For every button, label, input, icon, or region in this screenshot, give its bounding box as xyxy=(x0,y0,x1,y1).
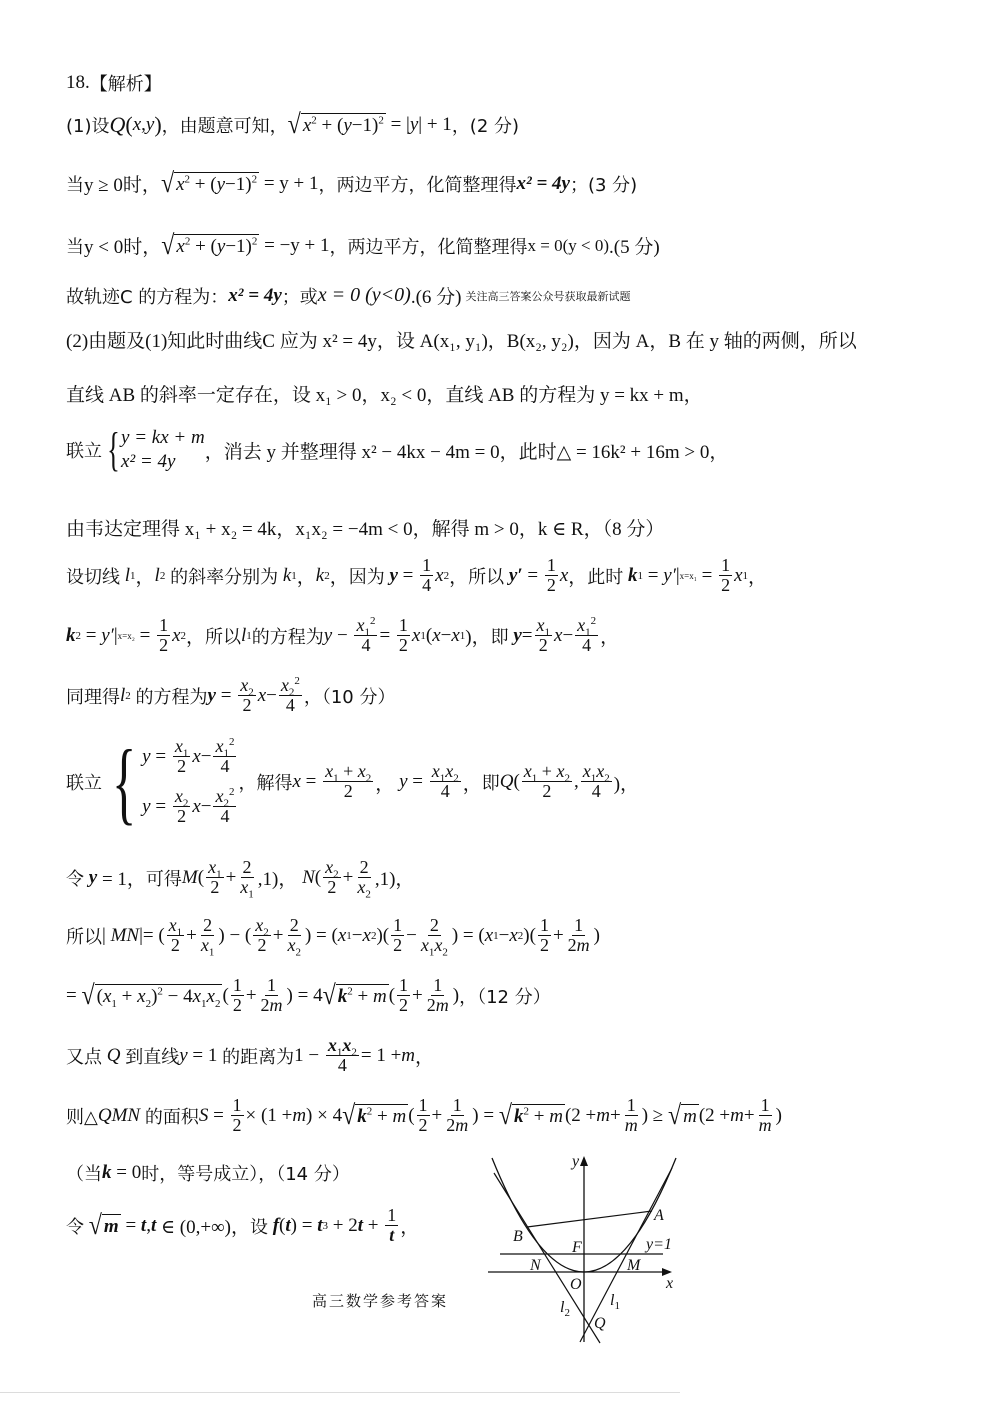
sqrt-expr: √x2 + (y−1)2 xyxy=(161,172,259,196)
score: .(5 分) xyxy=(609,232,660,259)
text: (1)设 xyxy=(66,112,110,138)
bottom-divider xyxy=(0,1392,680,1393)
text: 此时 xyxy=(587,563,623,589)
part1-line2: 当 y ≥ 0时， √x2 + (y−1)2 = y + 1 ，两边平方，化简整… xyxy=(66,170,637,197)
math: = y + 1 xyxy=(264,173,319,195)
text: 同理得 xyxy=(66,683,120,709)
math: Q xyxy=(110,112,126,138)
part1-line3: 当 y < 0时， √x2 + (y−1)2 = −y + 1 ，两边平方，化简… xyxy=(66,232,660,259)
label-Q: Q xyxy=(594,1315,606,1332)
math: = −y + 1 xyxy=(264,235,329,257)
part2-line7: 同理得l2 的方程为 y = x22x−x224 ，（10 分） xyxy=(66,676,395,716)
score: ，（12 分） xyxy=(459,983,551,1009)
part1-line4: 故轨迹C 的方程为： x² = 4y ；或 x = 0 (y<0) .(6 分)… xyxy=(66,282,631,309)
text: 设 xyxy=(250,1213,268,1239)
sqrt-expr: √x2 + (y−1)2 xyxy=(288,113,386,137)
math: x = 0(y < 0) xyxy=(528,236,610,256)
text: 令 xyxy=(66,1213,84,1239)
part2-line12: 又点 Q 到直线y = 1 的距离为1 − x1x24= 1 + m， xyxy=(66,1036,434,1076)
part2-line8: 联立 { y = x12x−x124 y = x22x−x224 ，解得 x =… xyxy=(66,736,639,828)
text: ；或 xyxy=(282,283,318,309)
label-N: N xyxy=(529,1257,542,1274)
text: 设切线 xyxy=(66,563,120,589)
score: ；(3 分) xyxy=(570,171,637,197)
problem-title: 【解析】 xyxy=(90,70,162,96)
math: x² = 4y xyxy=(517,173,570,195)
part2-line15: 令 √m = t,t ∈ (0,+∞)， 设 f(t) = t3 + 2t + … xyxy=(66,1206,419,1246)
text: 即 xyxy=(491,623,509,649)
chord-AB xyxy=(527,1211,652,1227)
text: （当 xyxy=(66,1160,102,1186)
text: 则△ xyxy=(66,1103,98,1129)
label-M: M xyxy=(626,1257,642,1274)
score: ，（10 分） xyxy=(304,683,396,709)
text: 联立 xyxy=(66,769,102,795)
text: 所以 xyxy=(66,923,102,949)
problem-number: 18. xyxy=(66,72,90,94)
text: ，消去 y 并整理得 x² − 4kx − 4m = 0，此时△ = 16k² … xyxy=(205,437,729,464)
sqrt-expr: √x2 + (y−1)2 xyxy=(161,234,259,258)
watermark-text: 关注高三答案公众号获取最新试题 xyxy=(466,288,631,304)
label-F: F xyxy=(571,1239,582,1256)
math: x = 0 (y<0) xyxy=(318,284,411,307)
text: 到直线 xyxy=(125,1043,179,1069)
label-O: O xyxy=(570,1276,582,1293)
text: ，两边平方，化简整理得 xyxy=(330,233,528,259)
equation: y = kx + m xyxy=(121,426,205,450)
math: x² = 4y xyxy=(228,285,281,307)
part2-line6: k2 = y′|x=x₂ = 12x2， 所以l1的方程为 y − x124= … xyxy=(66,616,619,656)
text: 所以 xyxy=(205,623,241,649)
part2-line13: 则△QMN 的面积 S = 12× (1 + m) × 4√k2 + m(12+… xyxy=(66,1096,782,1136)
text: 的方程为 xyxy=(136,683,208,709)
part2-line1: (2)由题及(1)知此时曲线C 应为 x² = 4y，设 A(x₁, y₁)，B… xyxy=(66,326,857,353)
label-l1: l1 xyxy=(610,1292,620,1312)
equation-system: { y = x12x−x124 y = x22x−x224 xyxy=(102,736,238,828)
label-x-axis: x xyxy=(665,1275,673,1292)
text: 的方程为 xyxy=(252,623,324,649)
equation: x² = 4y xyxy=(121,450,205,474)
score: .(6 分) xyxy=(411,282,462,309)
text: 时，等号成立），（14 分） xyxy=(141,1160,350,1186)
label-y-equals-1: y=1 xyxy=(644,1236,672,1253)
part2-line4: 由韦达定理得 x₁ + x₂ = 4k，x₁x₂ = −4m < 0，解得 m … xyxy=(66,514,664,541)
part2-line11: = √(x1 + x2)2 − 4x1x2(12+12m) = 4√k2 + m… xyxy=(66,976,551,1016)
text: 联立 xyxy=(66,437,102,463)
label-l2: l2 xyxy=(560,1299,570,1319)
text: 可得 xyxy=(146,865,182,891)
page-footer: 高三数学参考答案 xyxy=(312,1290,448,1311)
text: 的距离为 xyxy=(222,1043,294,1069)
part2-line10: 所以 | MN|= (x12+2x1) − (x22+2x2) = (x1 − … xyxy=(66,916,600,956)
condition: y < 0时， xyxy=(84,232,161,259)
score: ，(2 分) xyxy=(452,112,519,138)
text: 故轨迹C 的方程为： xyxy=(66,283,228,309)
part2-line14: （当k = 0时，等号成立），（14 分） xyxy=(66,1160,350,1186)
problem-heading: 18. 【解析】 xyxy=(66,70,162,96)
parabola-tangent-diagram: y x A B F y=1 N M O l2 l1 Q xyxy=(480,1150,710,1360)
text: 所以 xyxy=(468,563,504,589)
text: ，两边平方，化简整理得 xyxy=(319,171,517,197)
text: 当 xyxy=(66,171,84,197)
text: 的斜率分别为 xyxy=(170,563,278,589)
text: (2)由题及(1)知此时曲线C 应为 x² = 4y，设 A(x₁, y₁)，B… xyxy=(66,326,857,353)
part2-line2: 直线 AB 的斜率一定存在，设 x₁ > 0，x₂ < 0，直线 AB 的方程为… xyxy=(66,380,703,407)
label-A: A xyxy=(653,1207,664,1224)
part2-line9: 令 y = 1， 可得 M(x12+2x1,1)， N(x22+2x2,1)， xyxy=(66,858,414,898)
text: 令 xyxy=(66,865,84,891)
text: 即 xyxy=(482,769,500,795)
part2-line3: 联立 { y = kx + m x² = 4y ，消去 y 并整理得 x² − … xyxy=(66,426,728,474)
label-B: B xyxy=(513,1228,523,1245)
condition: y ≥ 0时， xyxy=(84,170,161,197)
label-y-axis: y xyxy=(570,1153,580,1170)
text: 由韦达定理得 x₁ + x₂ = 4k，x₁x₂ = −4m < 0，解得 m … xyxy=(66,514,664,541)
part1-line1: (1)设 Q(x,y) ，由题意可知， √x2 + (y−1)2 = |y| +… xyxy=(66,112,519,138)
text: 因为 xyxy=(349,563,385,589)
text: 又点 xyxy=(66,1043,102,1069)
text: 当 xyxy=(66,233,84,259)
text: ，由题意可知， xyxy=(162,112,288,138)
y-axis-arrow-icon xyxy=(580,1156,588,1166)
text: 直线 AB 的斜率一定存在，设 x₁ > 0，x₂ < 0，直线 AB 的方程为… xyxy=(66,380,703,407)
part2-line5: 设切线 l1，l2 的斜率分别为 k1，k2， 因为 y = 14x2， 所以 … xyxy=(66,556,767,596)
equation-system: { y = kx + m x² = 4y xyxy=(102,426,205,474)
text: 的面积 xyxy=(145,1103,199,1129)
text: 解得 xyxy=(256,769,292,795)
